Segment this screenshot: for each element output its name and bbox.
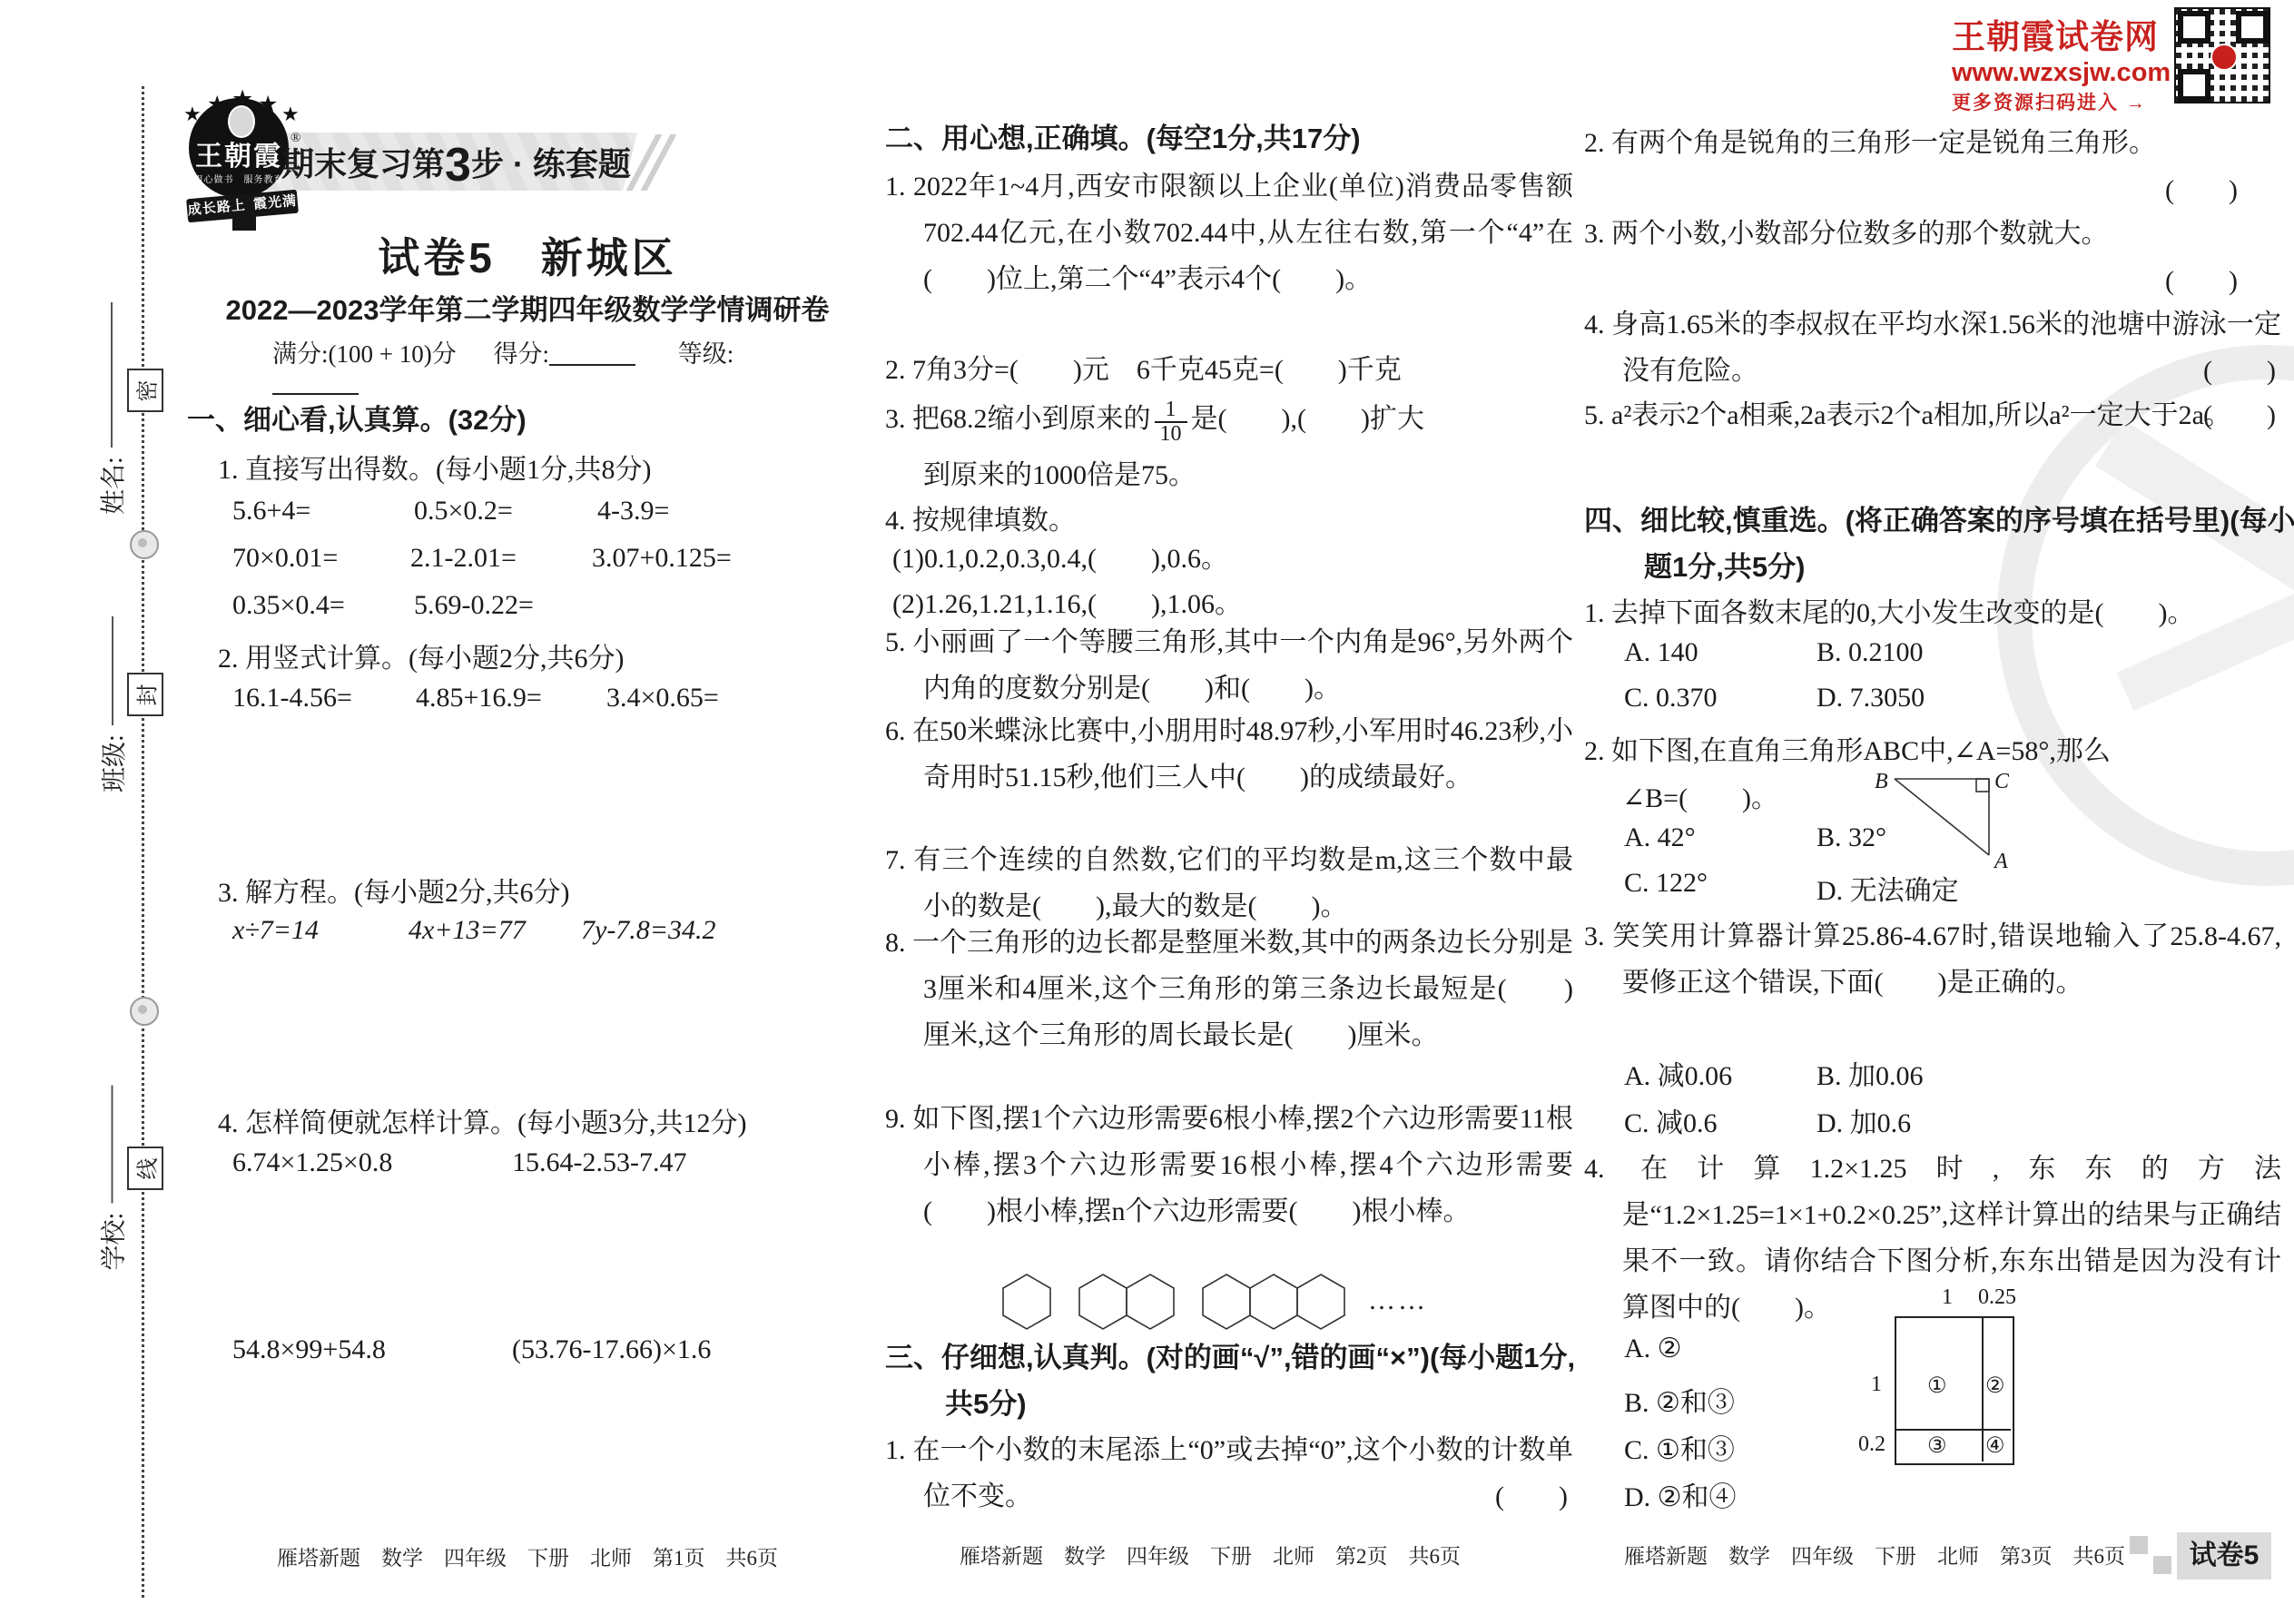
footer-page3: 雁塔新题 数学 四年级 下册 北师 第3页 共6页 — [1602, 1540, 2147, 1570]
ribbon-step-number: 3 — [445, 139, 471, 192]
s1-q3-label: 3. 解方程。(每小题2分,共6分) — [218, 870, 853, 916]
seal-mini-logo-icon — [130, 997, 159, 1026]
s4-q1-text: 1. 去掉下面各数末尾的0,大小发生改变的是( )。 — [1584, 590, 2281, 636]
s2-q4-item1: (1)0.1,0.2,0.3,0.4,( ),0.6。 — [892, 536, 1542, 582]
logo-name: 王朝霞 — [189, 133, 289, 173]
footer-page2: 雁塔新题 数学 四年级 下册 北师 第2页 共6页 — [885, 1540, 1535, 1570]
svg-text:A: A — [1993, 850, 2008, 873]
s1-q2-label: 2. 用竖式计算。(每小题2分,共6分) — [218, 635, 853, 682]
answer-blank: ( ) — [2165, 167, 2238, 207]
s4-q3-text: 3. 笑笑用计算器计算25.86-4.67时,错误地输入了25.8-4.67,要… — [1584, 913, 2281, 1006]
corner-mark — [2153, 1556, 2171, 1574]
qr-code — [2174, 7, 2270, 103]
seal-dotted-line — [142, 86, 144, 1598]
column-3: 2. 有两个角是锐角的三角形一定是锐角三角形。 ( ) 3. 两个小数,小数部分… — [1584, 109, 2243, 1598]
site-promo: 王朝霞试卷网 www.wzxsjw.com 更多资源扫码进入 → — [1952, 9, 2170, 115]
grade-label: 等级: — [678, 340, 734, 368]
ribbon-title: 期末复习第3步 · 练套题 — [281, 138, 631, 192]
s3-q4: 4. 身高1.65米的李叔叔在平均水深1.56米的池塘中游泳一定没有危险。( ) — [1584, 301, 2281, 394]
site-tagline: 更多资源扫码进入 → — [1952, 88, 2170, 115]
column-2: 二、用心想,正确填。(每空1分,共17分) 1. 2022年1~4月,西安市限额… — [885, 109, 1535, 1598]
s1-q4-label: 4. 怎样简便就怎样计算。(每小题3分,共12分) — [218, 1100, 853, 1147]
s1-q1-label: 1. 直接写出得数。(每小题1分,共8分) — [218, 447, 853, 493]
logo-banner-tail — [232, 216, 256, 231]
s3-q3: 3. 两个小数,小数部分位数多的那个数就大。 — [1584, 211, 2281, 257]
area-model-figure: 1 0.25 1 0.2 ① ② ③ ④ — [1871, 1285, 2025, 1476]
paper-subtitle: 2022—2023学年第二学期四年级数学学情调研卷 — [182, 287, 873, 328]
s2-q5: 5. 小丽画了一个等腰三角形,其中一个内角是96°,另外两个内角的度数分别是( … — [885, 619, 1573, 712]
answer-blank: ( ) — [2203, 392, 2276, 438]
student-name-field: 姓名: — [94, 270, 130, 515]
s3-q1: 1. 在一个小数的末尾添上“0”或去掉“0”,这个小数的计数单位不变。( ) — [885, 1427, 1573, 1520]
section4-title: 四、细比较,慎重选。(将正确答案的序号填在括号里)(每小题1分,共5分) — [1584, 497, 2294, 590]
s2-q7: 7. 有三个连续的自然数,它们的平均数是m,这三个数中最小的数是( ),最大的数… — [885, 837, 1573, 930]
s2-q3-line1: 3. 把68.2缩小到原来的110是( ),( )扩大 — [885, 396, 1535, 446]
s2-q3-line2: 到原来的1000倍是75。 — [923, 452, 1573, 498]
answer-blank: ( ) — [2165, 258, 2238, 298]
school-label: 学校: — [94, 1213, 131, 1271]
seal-char-xian: 线 — [127, 1147, 163, 1190]
section2-title: 二、用心想,正确填。(每空1分,共17分) — [885, 116, 1595, 162]
section3-title: 三、仔细想,认真判。(对的画“√”,错的画“×”)(每小题1分,共5分) — [885, 1334, 1595, 1427]
s2-q6: 6. 在50米蝶泳比赛中,小朋用时48.97秒,小军用时46.23秒,小奇用时5… — [885, 708, 1573, 801]
answer-blank: ( ) — [1495, 1473, 1568, 1520]
score-line: 满分:(100 + 10)分 得分: 等级: — [272, 334, 817, 398]
footer-page1: 雁塔新题 数学 四年级 下册 北师 第1页 共6页 — [182, 1541, 873, 1571]
s2-q2: 2. 7角3分=( )元 6千克45克=( )千克 — [885, 347, 1573, 393]
column-1: 试卷5 新城区 2022—2023学年第二学期四年级数学学情调研卷 满分:(10… — [182, 91, 873, 1598]
logo-subtext: 用心做书 服务教育 — [189, 172, 289, 185]
hexagon-pattern-figure — [1001, 1273, 1355, 1333]
answer-blank: ( ) — [2203, 348, 2276, 394]
school-blank-line — [112, 1086, 113, 1204]
section1-title: 一、细心看,认真算。(32分) — [187, 398, 527, 443]
seal-mini-logo-icon — [130, 530, 159, 559]
site-url: www.wzxsjw.com — [1952, 58, 2170, 88]
right-triangle-figure: B C A — [1873, 764, 2009, 875]
seal-char-mi: 密 — [127, 369, 163, 412]
s2-q9: 9. 如下图,摆1个六边形需要6根小棒,摆2个六边形需要11根小棒,摆3个六边形… — [885, 1096, 1573, 1235]
class-blank-line — [112, 616, 113, 725]
corner-mark — [2130, 1536, 2148, 1554]
svg-text:B: B — [1875, 770, 1888, 793]
seal-char-feng: 封 — [127, 673, 163, 716]
fraction-one-tenth: 110 — [1155, 399, 1187, 446]
s2-q1: 1. 2022年1~4月,西安市限额以上企业(单位)消费品零售额702.44亿元… — [885, 163, 1573, 302]
class-label: 班级: — [94, 734, 131, 792]
ellipsis-more: …… — [1368, 1285, 1428, 1316]
exam-paper-page: 姓名: 班级: 学校: 密 封 线 ★ ★ ★ ★ ★ 王朝霞 用心做书 服务教… — [0, 0, 2294, 1624]
score-label: 得分: — [493, 340, 549, 368]
student-school-field: 学校: — [94, 1058, 131, 1271]
qr-center-logo-icon — [2210, 44, 2238, 71]
full-score-label: 满分:(100 + 10)分 — [272, 340, 457, 368]
s2-q8: 8. 一个三角形的边长都是整厘米数,其中的两条边长分别是3厘米和4厘米,这个三角… — [885, 920, 1573, 1058]
s4-q2-text2: ∠B=( )。 — [1622, 775, 1895, 822]
score-blank — [549, 360, 635, 366]
paper-number-tab: 试卷5 — [2177, 1532, 2271, 1580]
student-class-field: 班级: — [94, 593, 131, 792]
name-blank-line — [111, 302, 113, 448]
name-label: 姓名: — [94, 457, 130, 515]
site-name: 王朝霞试卷网 — [1952, 9, 2170, 58]
svg-text:C: C — [1994, 770, 2009, 793]
s3-q2: 2. 有两个角是锐角的三角形一定是锐角三角形。 — [1584, 120, 2281, 166]
s3-q5: 5. a²表示2个a相乘,2a表示2个a相加,所以a²一定大于2a。( ) — [1584, 392, 2281, 438]
star-icon: ★ — [281, 103, 300, 126]
grade-blank — [272, 389, 359, 395]
